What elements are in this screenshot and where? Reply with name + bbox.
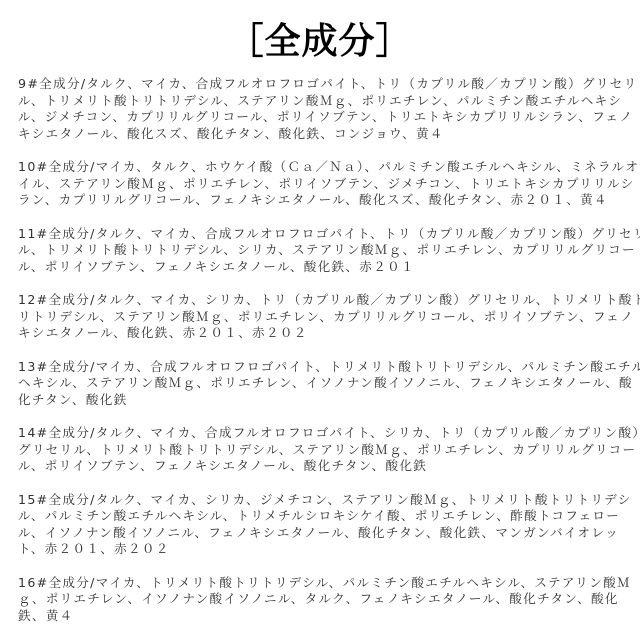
ingredient-block-13: 13#全成分/マイカ、合成フルオロフロゴパイト、トリメリト酸トリトリデシル、パル… bbox=[18, 359, 628, 409]
ingredient-line: ル、イソノナン酸イソノニル、フェノキシエタノール、酸化チタン、酸化鉄、マンガンバ… bbox=[18, 525, 628, 542]
ingredient-line: 10#全成分/マイカ、タルク、ホウケイ酸（Ｃａ／Ｎａ）、パルミチン酸エチルヘキシ… bbox=[18, 159, 628, 176]
ingredient-line: ル、ジメチコン、カプリリルグリコール、ポリイソブテン、トリエトキシカプリリルシラ… bbox=[18, 109, 628, 126]
ingredient-block-12: 12#全成分/タルク、マイカ、シリカ、トリ（カプリル酸／カプリン酸）グリセリル、… bbox=[18, 292, 628, 342]
ingredient-block-16: 16#全成分/マイカ、トリメリト酸トリトリデシル、パルミチン酸エチルヘキシル、ス… bbox=[18, 575, 628, 625]
ingredient-block-15: 15#全成分/タルク、マイカ、シリカ、ジメチコン、ステアリン酸Ｍｇ、トリメリト酸… bbox=[18, 492, 628, 558]
ingredient-line: 鉄、黄４ bbox=[18, 608, 628, 625]
ingredient-line: グリセリル、トリメリト酸トリトリデシル、ステアリン酸Ｍｇ、ポリエチレン、カプリリ… bbox=[18, 442, 628, 459]
ingredient-line: ル、トリメリト酸トリトリデシル、シリカ、ステアリン酸Ｍｇ、ポリエチレン、カプリリ… bbox=[18, 242, 628, 259]
ingredient-line: ラン、カプリリルグリコール、フェノキシエタノール、酸化スズ、酸化チタン、赤２０１… bbox=[18, 192, 628, 209]
ingredient-line: ｇ、ポリエチレン、イソノナン酸イソノニル、タルク、フェノキシエタノール、酸化チタ… bbox=[18, 591, 628, 608]
ingredient-line: ル、トリメリト酸トリトリデシル、ステアリン酸Ｍｇ、ポリエチレン、パルミチン酸エチ… bbox=[18, 93, 628, 110]
ingredient-line: ト、赤２０１、赤２０２ bbox=[18, 541, 628, 558]
ingredient-line: キシエタノール、酸化鉄、赤２０１、赤２０２ bbox=[18, 325, 628, 342]
ingredient-line: イル、ステアリン酸Ｍｇ、ポリエチレン、ポリイソブテン、ジメチコン、トリエトキシカ… bbox=[18, 176, 628, 193]
ingredient-line: ル、ポリイソブテン、フェノキシエタノール、酸化チタン、酸化鉄 bbox=[18, 458, 628, 475]
ingredient-line: 13#全成分/マイカ、合成フルオロフロゴパイト、トリメリト酸トリトリデシル、パル… bbox=[18, 359, 628, 376]
ingredient-line: ヘキシル、ステアリン酸Ｍｇ、ポリエチレン、イソノナン酸イソノニル、フェノキシエタ… bbox=[18, 375, 628, 392]
ingredient-line: ル、パルミチン酸エチルヘキシル、トリメチルシロキシケイ酸、ポリエチレン、酢酸トコ… bbox=[18, 508, 628, 525]
ingredient-line: キシエタノール、酸化スズ、酸化チタン、酸化鉄、コンジョウ、黄４ bbox=[18, 126, 628, 143]
ingredient-line: 11#全成分/タルク、マイカ、合成フルオロフロゴパイト、トリ（カプリル酸／カプリ… bbox=[18, 226, 628, 243]
page-title: ［全成分］ bbox=[0, 20, 640, 64]
ingredient-block-9: 9#全成分/タルク、マイカ、合成フルオロフロゴパイト、トリ（カプリル酸／カプリン… bbox=[18, 76, 628, 142]
ingredient-line: 化チタン、酸化鉄 bbox=[18, 392, 628, 409]
ingredient-block-11: 11#全成分/タルク、マイカ、合成フルオロフロゴパイト、トリ（カプリル酸／カプリ… bbox=[18, 226, 628, 276]
ingredient-list: 9#全成分/タルク、マイカ、合成フルオロフロゴパイト、トリ（カプリル酸／カプリン… bbox=[18, 76, 628, 640]
ingredient-line: 14#全成分/タルク、マイカ、合成フルオロフロゴパイト、シリカ、トリ（カプリル酸… bbox=[18, 425, 628, 442]
ingredient-line: 12#全成分/タルク、マイカ、シリカ、トリ（カプリル酸／カプリン酸）グリセリル、… bbox=[18, 292, 628, 309]
ingredient-line: リトリデシル、ステアリン酸Ｍｇ、ポリエチレン、カプリリルグリコール、ポリイソブテ… bbox=[18, 309, 628, 326]
ingredient-line: 16#全成分/マイカ、トリメリト酸トリトリデシル、パルミチン酸エチルヘキシル、ス… bbox=[18, 575, 628, 592]
ingredient-line: 15#全成分/タルク、マイカ、シリカ、ジメチコン、ステアリン酸Ｍｇ、トリメリト酸… bbox=[18, 492, 628, 509]
ingredient-block-10: 10#全成分/マイカ、タルク、ホウケイ酸（Ｃａ／Ｎａ）、パルミチン酸エチルヘキシ… bbox=[18, 159, 628, 209]
ingredient-line: ル、ポリイソブテン、フェノキシエタノール、酸化鉄、赤２０１ bbox=[18, 259, 628, 276]
ingredient-line: 9#全成分/タルク、マイカ、合成フルオロフロゴパイト、トリ（カプリル酸／カプリン… bbox=[18, 76, 628, 93]
ingredient-block-14: 14#全成分/タルク、マイカ、合成フルオロフロゴパイト、シリカ、トリ（カプリル酸… bbox=[18, 425, 628, 475]
